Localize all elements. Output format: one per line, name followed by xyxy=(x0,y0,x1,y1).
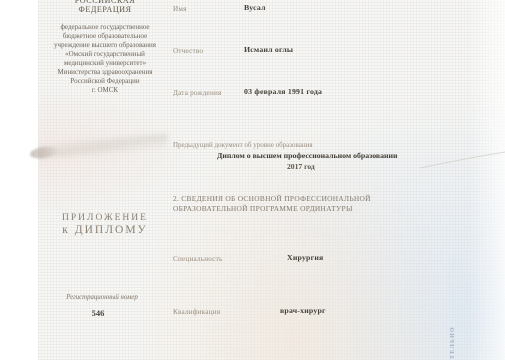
specialty-label: Специальность xyxy=(173,255,222,263)
institution-line: Министерства здравоохранения xyxy=(38,68,172,77)
country-line-2: ФЕДЕРАЦИЯ xyxy=(38,5,172,14)
institution-line: «Омский государственный xyxy=(38,50,172,59)
document-title-line-1: ПРИЛОЖЕНИЕ xyxy=(38,213,172,224)
specialty-value: Хирургия xyxy=(287,253,323,262)
institution-name: федеральное государственное бюджетное об… xyxy=(38,23,172,95)
birth-date-label: Дата рождения xyxy=(173,89,222,97)
document-title: ПРИЛОЖЕНИЕ к ДИПЛОМУ xyxy=(38,213,172,237)
registration-number-label: Регистрационный номер xyxy=(38,294,166,301)
institution-line: федеральное государственное xyxy=(38,23,172,32)
qualification-value: врач-хирург xyxy=(280,306,326,315)
birth-date-value: 03 февраля 1991 года xyxy=(244,87,322,96)
first-name-value: Вусал xyxy=(244,3,266,12)
previous-education-year: 2017 год xyxy=(287,162,315,171)
issuer-block: РОССИЙСКАЯ ФЕДЕРАЦИЯ федеральное государ… xyxy=(38,0,172,95)
section2-heading: 2. СВЕДЕНИЯ ОБ ОСНОВНОЙ ПРОФЕССИОНАЛЬНОЙ… xyxy=(173,194,371,214)
first-name-label: Имя xyxy=(173,5,187,13)
institution-line: учреждение высшего образования xyxy=(38,41,172,50)
section2-heading-line-2: ОБРАЗОВАТЕЛЬНОЙ ПРОГРАММЕ ОРДИНАТУРЫ xyxy=(173,204,371,214)
country-name: РОССИЙСКАЯ ФЕДЕРАЦИЯ xyxy=(38,0,172,14)
edge-security-text: ТЕЛЬНО xyxy=(450,326,456,359)
diploma-supplement-scan: РОССИЙСКАЯ ФЕДЕРАЦИЯ федеральное государ… xyxy=(0,0,505,360)
institution-line: медицинский университет» xyxy=(38,59,172,68)
paper-right-edge xyxy=(468,0,505,360)
previous-education-value: Диплом о высшем профессиональном образов… xyxy=(217,151,398,160)
previous-education-label: Предыдущий документ об уровне образовани… xyxy=(173,141,313,149)
patronymic-value: Исмаил оглы xyxy=(244,45,293,54)
patronymic-label: Отчество xyxy=(173,47,203,55)
section2-heading-line-1: 2. СВЕДЕНИЯ ОБ ОСНОВНОЙ ПРОФЕССИОНАЛЬНОЙ xyxy=(173,194,371,204)
document-title-line-2: к ДИПЛОМУ xyxy=(38,224,172,237)
institution-line: Российской Федерации xyxy=(38,77,172,86)
institution-line: г. ОМСК xyxy=(38,86,172,95)
qualification-label: Квалификация xyxy=(173,308,220,316)
registration-number: 546 xyxy=(38,308,158,318)
institution-line: бюджетное образовательное xyxy=(38,32,172,41)
